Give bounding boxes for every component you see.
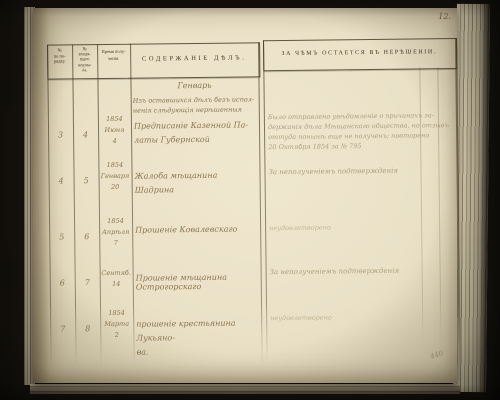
row-incoming-no: 8 <box>75 324 100 333</box>
header-incoming-no: № входя- щаго журна- ла. <box>72 46 97 72</box>
header-received-time: Время полу- ченія. <box>97 48 130 62</box>
row-remark: За неполученіемъ подтвержденія <box>268 166 454 176</box>
row-order-no: 4 <box>49 176 74 185</box>
row-date: 1854 Июня 4 <box>98 114 131 147</box>
row-date: 1854 Генваря 20 <box>98 160 131 193</box>
header-order-no: № по по- рядку. <box>47 47 72 64</box>
row-order-no: 6 <box>50 278 75 287</box>
row-incoming-no: 5 <box>74 176 99 185</box>
row-remark: За неполученіемъ подтвержденія <box>270 266 456 276</box>
row-content: Жалоба мѣщанина Шадрина <box>134 168 258 197</box>
row-content: Прошеніе Ковалевскаго <box>135 224 259 234</box>
row-date: 1854 Апрѣля 7 <box>99 216 132 249</box>
register-table: № по по- рядку. № входя- щаго журна- ла.… <box>47 38 463 391</box>
row-remark: неудовлетворено <box>269 222 455 232</box>
row-incoming-no: 4 <box>73 130 98 139</box>
column-rule <box>263 40 268 373</box>
row-date: Сентяб. 14 <box>100 268 133 290</box>
register-page: 12. 440 № по по- рядку. № входя- <box>33 8 457 383</box>
month-heading: Генварь <box>130 80 258 90</box>
row-order-no: 7 <box>50 324 75 333</box>
row-date: 1854 Марта 2 <box>100 308 133 341</box>
row-content: Прошеніе мѣщанина Острогорскаго <box>136 272 260 291</box>
row-incoming-no: 7 <box>75 278 100 287</box>
book: 12. 440 № по по- рядку. № входя- <box>24 3 488 394</box>
row-remark: Было отправлено увѣдомленіе о причинахъ … <box>268 110 454 152</box>
photo-background: 12. 440 № по по- рядку. № входя- <box>0 0 500 400</box>
header-contents: Содержаніе дѣлъ. <box>131 54 257 62</box>
row-content: Предписаніе Казенной Па- латы Губернской <box>134 118 258 147</box>
folio-number: 12. <box>438 12 451 21</box>
row-order-no: 5 <box>49 232 74 241</box>
row-incoming-no: 6 <box>74 232 99 241</box>
row-order-no: 3 <box>48 130 73 139</box>
row-remark: неудовлетворено <box>270 312 456 322</box>
section-note: Изъ оставшихся дѣлъ безъ испол- ненія сл… <box>133 94 259 115</box>
row-content: прошеніе крестьянина Лукьяно- ва. <box>136 316 260 359</box>
